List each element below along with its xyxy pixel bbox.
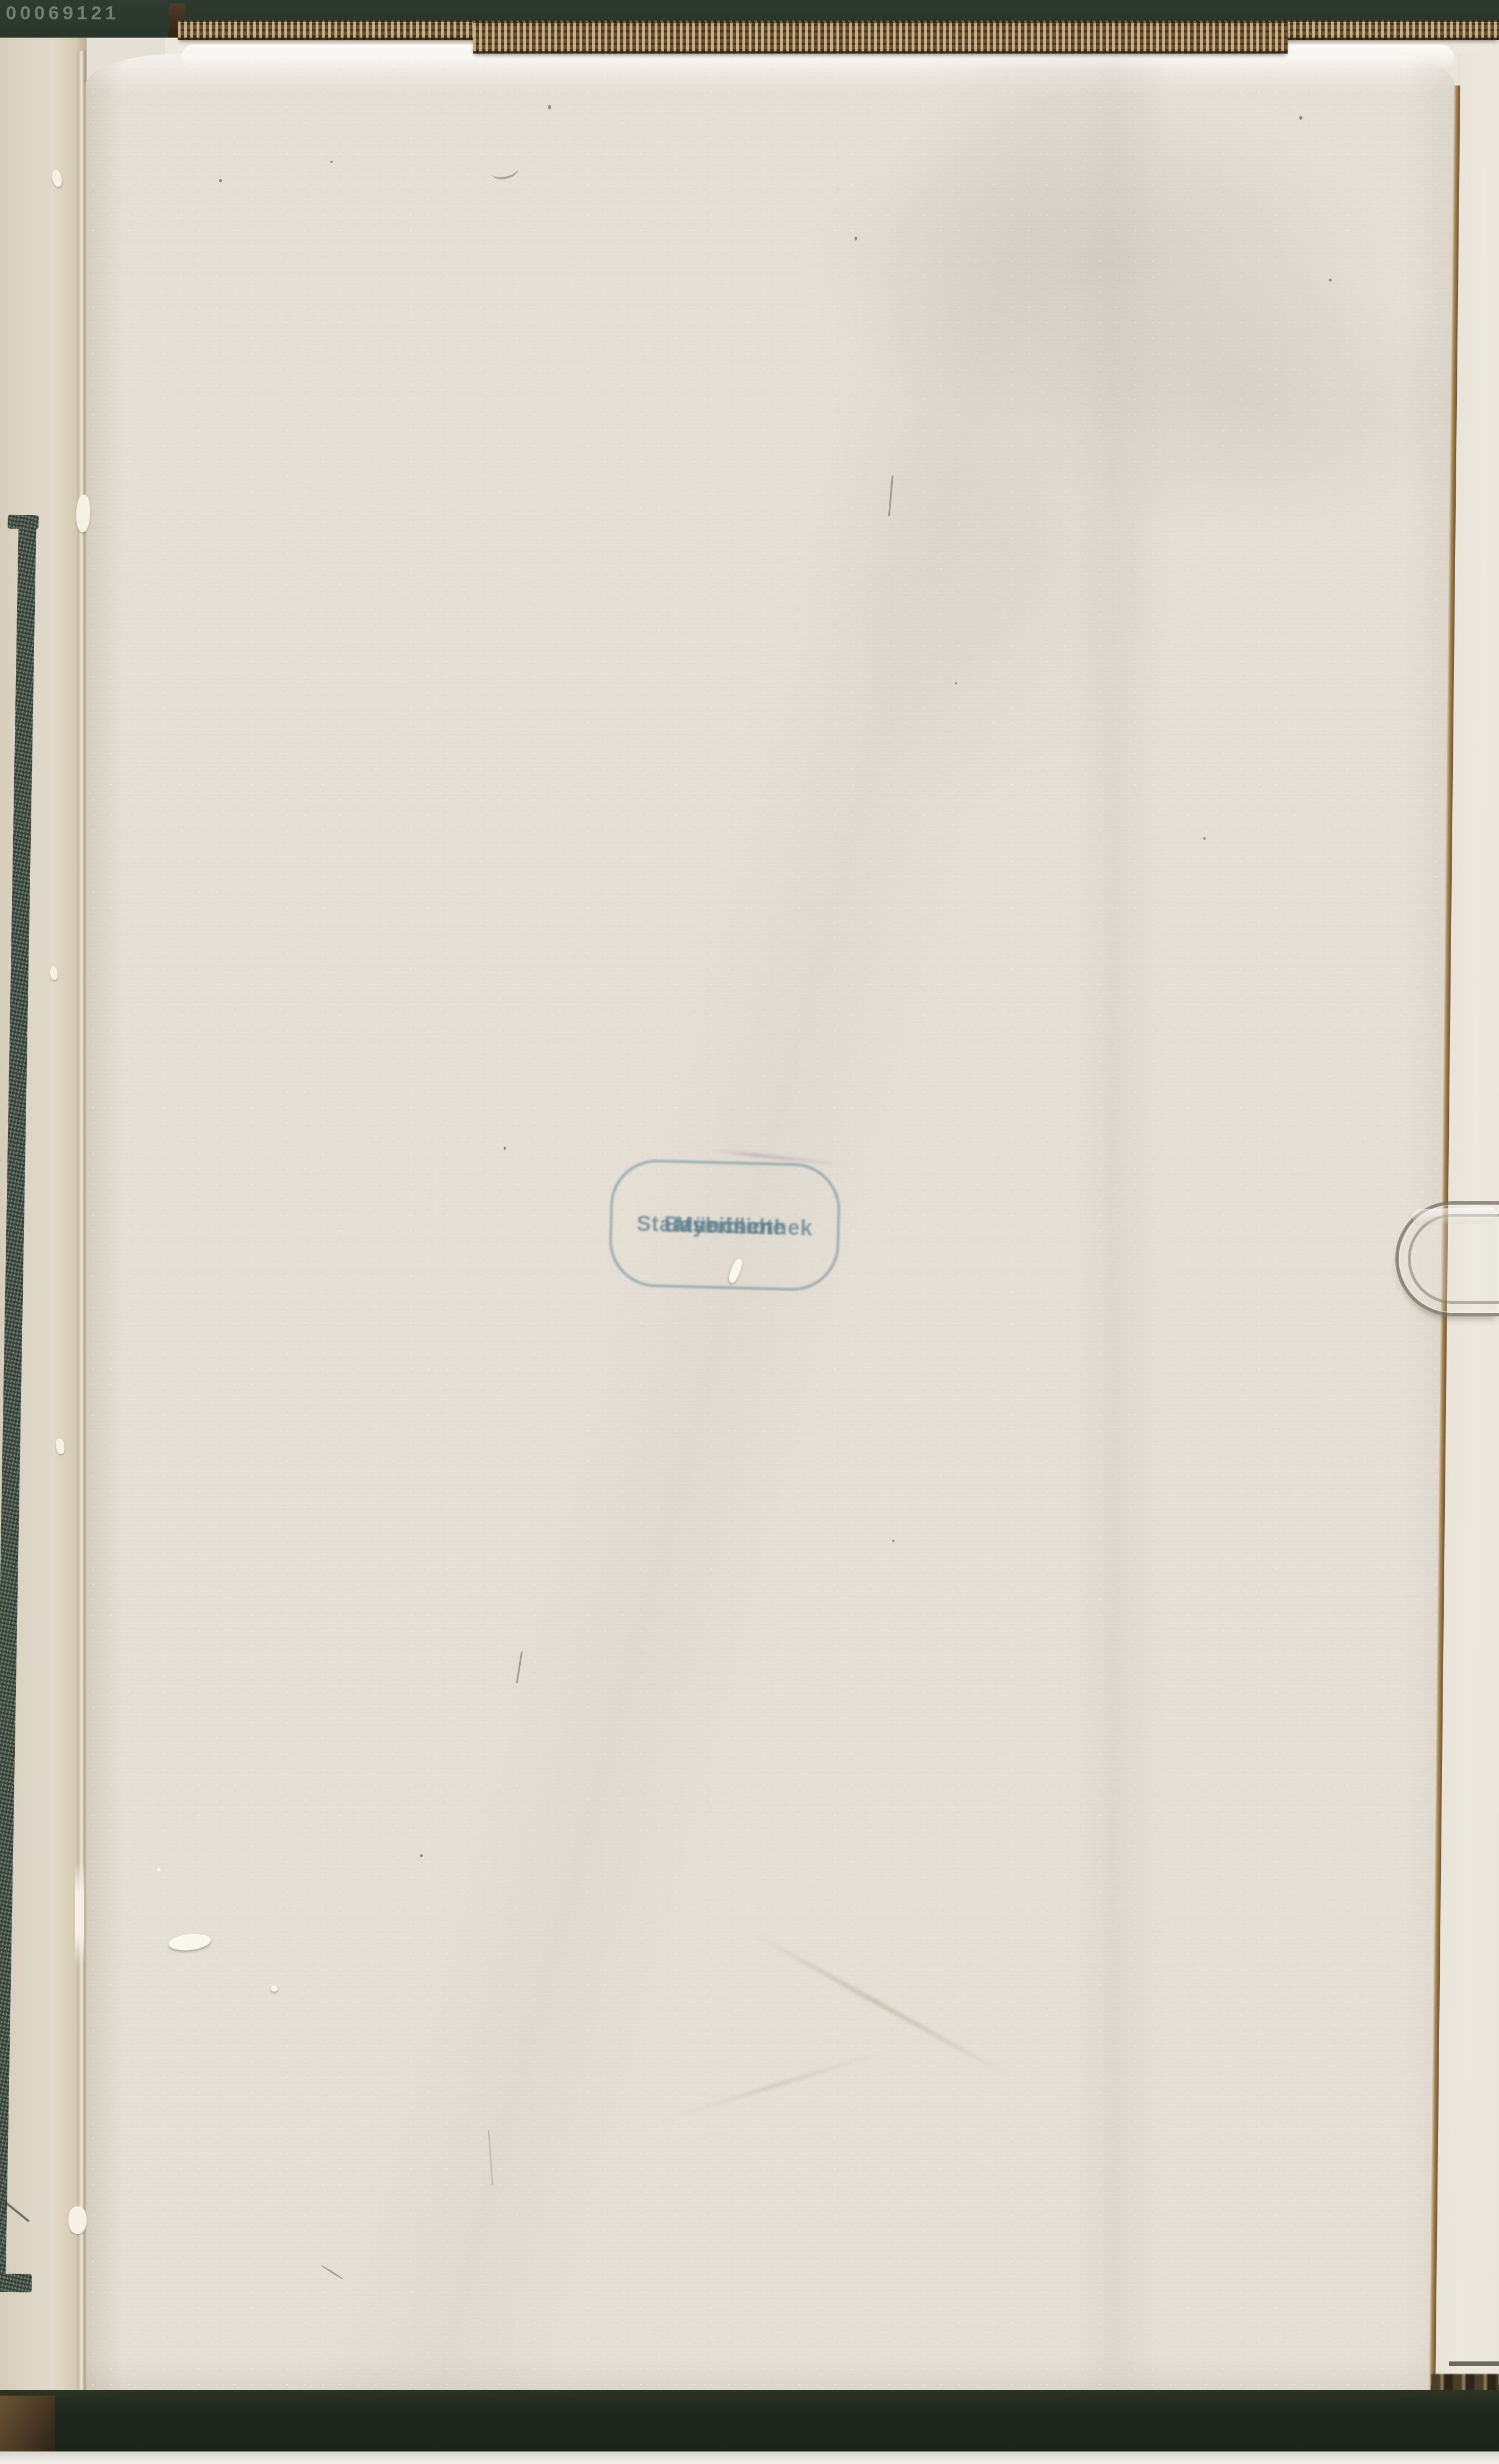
paper-speck xyxy=(1299,116,1302,120)
scanner-bottom-edge xyxy=(0,2451,1499,2464)
clip-glint xyxy=(1412,1207,1498,1225)
book-scan-page: 00069121 Bayerische Staatsbibliothek Mün… xyxy=(0,0,1499,2464)
printed-border-inner-rule xyxy=(0,2257,3,2263)
gutter-fold-highlight xyxy=(75,1862,84,1965)
fore-edge-gap-line xyxy=(1449,2361,1499,2366)
paper-speck xyxy=(1203,837,1206,840)
paper-speck xyxy=(855,236,857,240)
paper-crimp xyxy=(271,1985,277,1992)
paper-speck xyxy=(420,1854,423,1857)
paper-speck xyxy=(1329,279,1331,282)
library-stamp: Bayerische Staatsbibliothek München xyxy=(608,1158,842,1292)
paper-speck xyxy=(955,682,957,684)
printed-border-vertical-bar xyxy=(0,515,36,2292)
paper-speck xyxy=(504,1147,506,1150)
cover-corner-bottom-left xyxy=(0,2396,55,2451)
stamp-line: München xyxy=(675,1210,774,1243)
page-holder-clip xyxy=(1395,1201,1499,1316)
cover-fabric-edge xyxy=(473,22,1288,54)
gutter-fold-ridge xyxy=(77,51,87,2391)
paper-speck xyxy=(548,105,551,109)
paper-speck xyxy=(892,1540,895,1542)
paper-speck xyxy=(157,1868,161,1871)
stitch-hole xyxy=(68,2206,87,2234)
clip-inner-tube xyxy=(1408,1214,1499,1304)
scanner-cradle-bottom xyxy=(0,2390,1499,2453)
paper-speck xyxy=(219,179,222,182)
printed-border-bottom-bar xyxy=(0,2273,32,2292)
scan-id-label: 00069121 xyxy=(6,2,245,27)
paper-speck xyxy=(330,161,333,163)
